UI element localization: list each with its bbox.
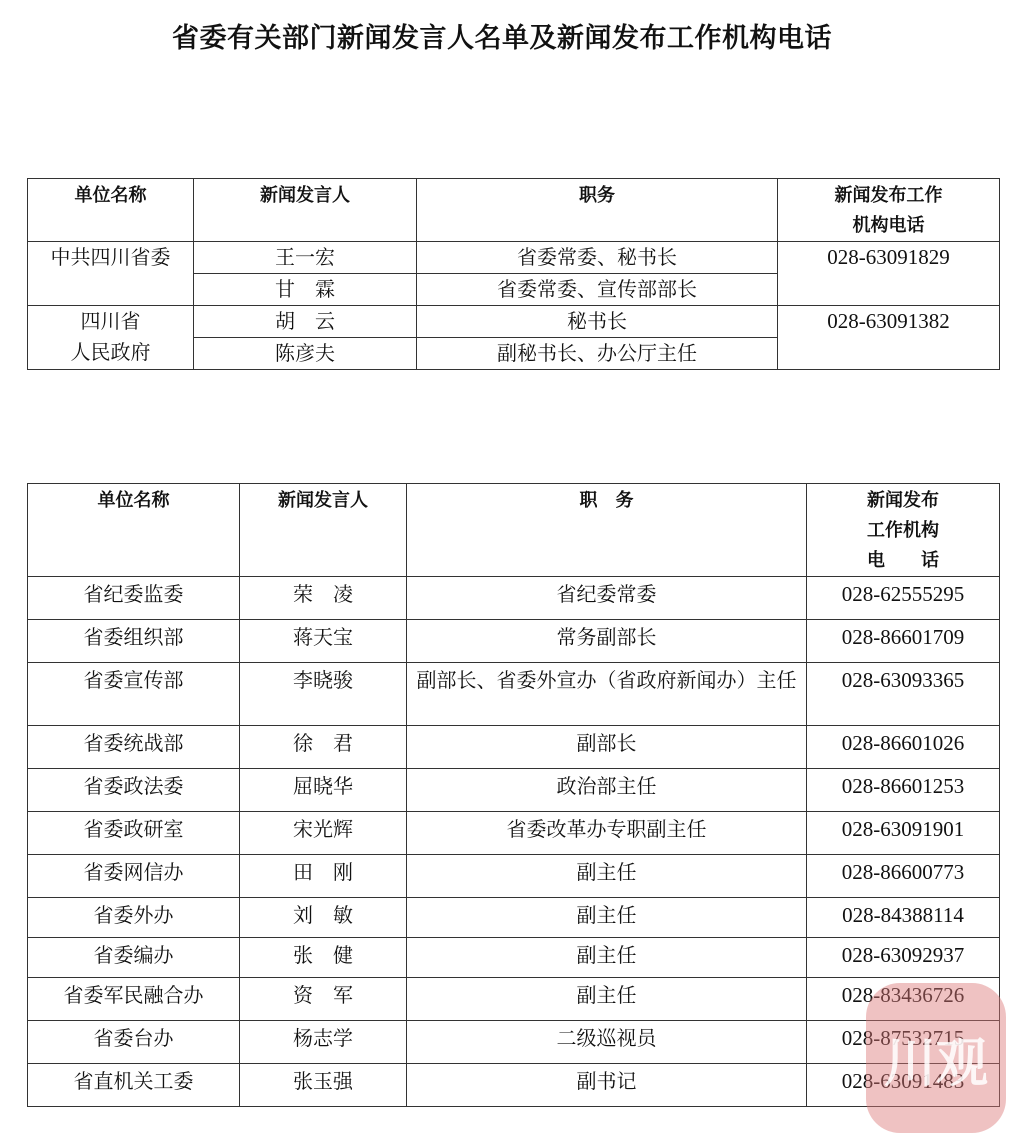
phone-cell: 028-62555295 [807,577,1000,620]
header-spokesperson: 新闻发言人 [240,484,407,577]
table-row: 省委网信办田 刚副主任028-86600773 [28,855,1000,898]
unit-cell: 省委编办 [28,938,240,978]
spokesperson-cell: 陈彦夫 [194,338,417,370]
spokesperson-cell: 田 刚 [240,855,407,898]
unit-cell: 省纪委监委 [28,577,240,620]
header-position: 职务 [417,179,778,242]
spokesperson-cell: 资 军 [240,978,407,1021]
unit-cell: 省委组织部 [28,620,240,663]
position-cell: 副主任 [407,978,807,1021]
table-row: 省纪委监委荣 凌省纪委常委028-62555295 [28,577,1000,620]
header-phone: 新闻发布工作 机构电话 [778,179,1000,242]
unit-cell: 省委宣传部 [28,663,240,726]
spokesperson-cell: 李晓骏 [240,663,407,726]
phone-cell: 028-86601709 [807,620,1000,663]
phone-cell: 028-63091901 [807,812,1000,855]
table-row: 省委军民融合办资 军副主任028-83436726 [28,978,1000,1021]
spokesperson-cell: 荣 凌 [240,577,407,620]
unit-cell: 省委网信办 [28,855,240,898]
unit-cell: 省委军民融合办 [28,978,240,1021]
table-row: 省委政法委屈晓华政治部主任028-86601253 [28,769,1000,812]
unit-cell: 省直机关工委 [28,1064,240,1107]
phone-cell: 028-87532715 [807,1021,1000,1064]
spokesperson-cell: 宋光辉 [240,812,407,855]
table-row: 省直机关工委张玉强副书记028-63091483 [28,1064,1000,1107]
phone-cell: 028-86601026 [807,726,1000,769]
header-position: 职 务 [407,484,807,577]
table-row: 省委外办刘 敏副主任028-84388114 [28,898,1000,938]
table-row: 省委编办张 健副主任028-63092937 [28,938,1000,978]
table-row: 省委组织部蒋天宝常务副部长028-86601709 [28,620,1000,663]
department-spokespersons-table: 单位名称 新闻发言人 职 务 新闻发布 工作机构 电 话 省纪委监委荣 凌省纪委… [27,483,1000,1107]
unit-cell: 省委政法委 [28,769,240,812]
unit-cell: 四川省 人民政府 [28,306,194,370]
position-cell: 副秘书长、办公厅主任 [417,338,778,370]
position-cell: 省委改革办专职副主任 [407,812,807,855]
spokesperson-cell: 王一宏 [194,242,417,274]
position-cell: 秘书长 [417,306,778,338]
unit-cell: 省委外办 [28,898,240,938]
position-cell: 副部长、省委外宣办（省政府新闻办）主任 [407,663,807,726]
phone-cell: 028-63093365 [807,663,1000,726]
phone-cell: 028-86601253 [807,769,1000,812]
unit-cell: 省委政研室 [28,812,240,855]
spokesperson-cell: 屈晓华 [240,769,407,812]
spokesperson-cell: 张玉强 [240,1064,407,1107]
spokesperson-cell: 胡 云 [194,306,417,338]
phone-cell: 028-63091829 [778,242,1000,306]
position-cell: 副主任 [407,855,807,898]
position-cell: 政治部主任 [407,769,807,812]
position-cell: 省委常委、宣传部部长 [417,274,778,306]
phone-cell: 028-63091483 [807,1064,1000,1107]
position-cell: 副书记 [407,1064,807,1107]
header-unit: 单位名称 [28,484,240,577]
spokesperson-cell: 徐 君 [240,726,407,769]
position-cell: 二级巡视员 [407,1021,807,1064]
position-cell: 副主任 [407,898,807,938]
page-title: 省委有关部门新闻发言人名单及新闻发布工作机构电话 [0,16,1004,55]
table-row: 省委宣传部李晓骏副部长、省委外宣办（省政府新闻办）主任028-63093365 [28,663,1000,726]
spokesperson-cell: 蒋天宝 [240,620,407,663]
phone-cell: 028-86600773 [807,855,1000,898]
table-row: 中共四川省委 王一宏 省委常委、秘书长 028-63091829 [28,242,1000,274]
position-cell: 副主任 [407,938,807,978]
spokesperson-cell: 张 健 [240,938,407,978]
phone-cell: 028-63092937 [807,938,1000,978]
table-row: 省委台办杨志学二级巡视员028-87532715 [28,1021,1000,1064]
unit-cell: 省委统战部 [28,726,240,769]
phone-cell: 028-83436726 [807,978,1000,1021]
header-phone: 新闻发布 工作机构 电 话 [807,484,1000,577]
provincial-leaders-table: 单位名称 新闻发言人 职务 新闻发布工作 机构电话 中共四川省委 王一宏 省委常… [27,178,1000,370]
position-cell: 常务副部长 [407,620,807,663]
position-cell: 省委常委、秘书长 [417,242,778,274]
spokesperson-cell: 甘 霖 [194,274,417,306]
position-cell: 省纪委常委 [407,577,807,620]
table-row: 四川省 人民政府 胡 云 秘书长 028-63091382 [28,306,1000,338]
unit-cell: 中共四川省委 [28,242,194,306]
spokesperson-cell: 刘 敏 [240,898,407,938]
phone-cell: 028-84388114 [807,898,1000,938]
table-row: 省委政研室宋光辉省委改革办专职副主任028-63091901 [28,812,1000,855]
unit-cell: 省委台办 [28,1021,240,1064]
header-unit: 单位名称 [28,179,194,242]
table-row: 省委统战部徐 君副部长028-86601026 [28,726,1000,769]
header-spokesperson: 新闻发言人 [194,179,417,242]
spokesperson-cell: 杨志学 [240,1021,407,1064]
phone-cell: 028-63091382 [778,306,1000,370]
position-cell: 副部长 [407,726,807,769]
